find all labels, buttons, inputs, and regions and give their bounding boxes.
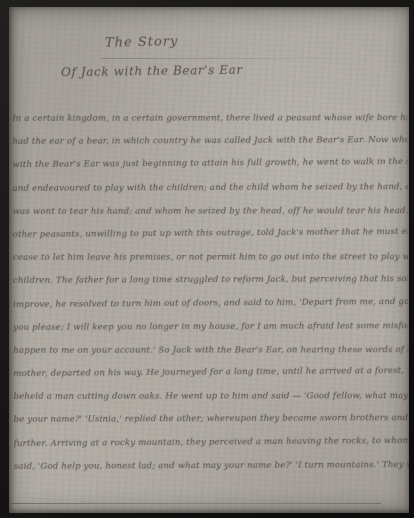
manuscript-body: In a certain kingdom, in a certain gover…	[12, 106, 409, 479]
manuscript-line: improve, he resolved to turn him out of …	[13, 290, 408, 316]
manuscript-line: other peasants, unwilling to put up with…	[13, 221, 408, 247]
paper-bottom-edge	[11, 503, 381, 504]
manuscript-page: The Story Of Jack with the Bear's Ear In…	[9, 7, 409, 513]
manuscript-line: said, 'God help you, honest lad; and wha…	[14, 454, 409, 479]
manuscript-line: In a certain kingdom, in a certain gover…	[12, 107, 407, 131]
manuscript-line: be your name?' 'Usinia,' replied the oth…	[14, 408, 409, 433]
manuscript-line: mother, departed on his way. He journeye…	[13, 360, 408, 386]
manuscript-line: was wont to tear his hand; and whom he s…	[13, 200, 408, 224]
photograph: The Story Of Jack with the Bear's Ear In…	[0, 0, 414, 518]
manuscript-line: with the Bear's Ear was just beginning t…	[12, 151, 407, 177]
manuscript-line: you please; I will keep you no longer in…	[13, 315, 408, 340]
manuscript-line: further. Arriving at a rocky mountain, t…	[14, 430, 409, 456]
manuscript-line: and endeavoured to play with the childre…	[12, 176, 407, 201]
manuscript-line: beheld a man cutting down oaks. He went …	[13, 385, 408, 409]
page-title: The Story	[105, 34, 179, 51]
page-subtitle: Of Jack with the Bear's Ear	[61, 63, 243, 80]
manuscript-line: children. The father for a long time str…	[13, 268, 408, 293]
manuscript-line: happen to me on your account.' So Jack w…	[13, 339, 408, 363]
manuscript-line: cease to let him leave his premises, or …	[13, 246, 408, 270]
title-underline-rule	[101, 58, 353, 59]
